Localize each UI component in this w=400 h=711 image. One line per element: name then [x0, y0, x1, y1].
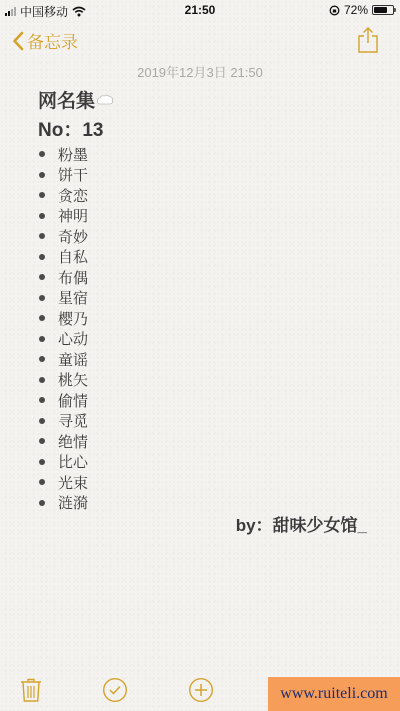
- bullet-icon: [39, 397, 45, 403]
- bullet-icon: [39, 254, 45, 260]
- thought-balloon-icon: [96, 94, 114, 106]
- list-item: 自私: [38, 247, 370, 268]
- nav-bar: 备忘录: [0, 24, 400, 58]
- bullet-icon: [39, 418, 45, 424]
- status-right: 72%: [329, 3, 394, 17]
- item-text: 自私: [58, 246, 88, 267]
- bullet-icon: [39, 356, 45, 362]
- item-text: 绝情: [58, 431, 88, 452]
- note-title: 网名集: [38, 86, 370, 113]
- list-item: 星宿: [38, 288, 370, 309]
- bullet-icon: [39, 295, 45, 301]
- bullet-icon: [39, 377, 45, 383]
- item-text: 光束: [58, 472, 88, 493]
- list-item: 贪恋: [38, 185, 370, 206]
- add-icon[interactable]: [188, 677, 214, 703]
- bullet-icon: [39, 213, 45, 219]
- list-item: 涟漪: [38, 493, 370, 514]
- list-item: 偷情: [38, 390, 370, 411]
- list-item: 神明: [38, 206, 370, 227]
- back-label: 备忘录: [27, 28, 78, 53]
- item-text: 布偶: [58, 267, 88, 288]
- item-text: 寻觅: [58, 410, 88, 431]
- list-item: 心动: [38, 329, 370, 350]
- battery-percent: 72%: [344, 3, 368, 17]
- bullet-icon: [39, 479, 45, 485]
- trash-icon[interactable]: [18, 677, 44, 703]
- list-item: 光束: [38, 472, 370, 493]
- item-text: 樱乃: [58, 308, 88, 329]
- status-bar: 中国移动 21:50 72%: [0, 0, 400, 20]
- item-text: 比心: [58, 451, 88, 472]
- item-text: 桃矢: [58, 369, 88, 390]
- item-text: 星宿: [58, 287, 88, 308]
- checklist-icon[interactable]: [102, 677, 128, 703]
- item-text: 贪恋: [58, 185, 88, 206]
- note-number: No：13: [38, 115, 370, 143]
- bullet-icon: [39, 315, 45, 321]
- name-list: 粉墨 饼干 贪恋 神明 奇妙 自私 布偶 星宿 樱乃 心动 童谣 桃矢 偷情 寻…: [38, 144, 370, 513]
- item-text: 童谣: [58, 349, 88, 370]
- item-text: 饼干: [58, 164, 88, 185]
- list-item: 粉墨: [38, 144, 370, 165]
- list-item: 布偶: [38, 267, 370, 288]
- list-item: 寻觅: [38, 411, 370, 432]
- item-text: 神明: [58, 205, 88, 226]
- bullet-icon: [39, 192, 45, 198]
- bullet-icon: [39, 233, 45, 239]
- item-text: 心动: [58, 328, 88, 349]
- bullet-icon: [39, 438, 45, 444]
- item-text: 涟漪: [58, 492, 88, 513]
- bullet-icon: [39, 459, 45, 465]
- title-text: 网名集: [38, 86, 95, 113]
- list-item: 饼干: [38, 165, 370, 186]
- chevron-left-icon: [12, 31, 24, 51]
- list-item: 绝情: [38, 431, 370, 452]
- watermark: www.ruiteli.com: [268, 677, 400, 711]
- share-icon[interactable]: [356, 26, 380, 54]
- item-text: 粉墨: [58, 144, 88, 165]
- bullet-icon: [39, 500, 45, 506]
- item-text: 偷情: [58, 390, 88, 411]
- note-body[interactable]: 网名集 No：13 粉墨 饼干 贪恋 神明 奇妙 自私 布偶 星宿 樱乃 心动 …: [38, 86, 370, 513]
- list-item: 童谣: [38, 349, 370, 370]
- bullet-icon: [39, 172, 45, 178]
- battery-icon: [372, 5, 394, 15]
- bullet-icon: [39, 151, 45, 157]
- list-item: 樱乃: [38, 308, 370, 329]
- list-item: 比心: [38, 452, 370, 473]
- rotation-lock-icon: [329, 5, 340, 16]
- bullet-icon: [39, 336, 45, 342]
- list-item: 桃矢: [38, 370, 370, 391]
- list-item: 奇妙: [38, 226, 370, 247]
- bottom-toolbar: www.ruiteli.com: [0, 661, 400, 711]
- item-text: 奇妙: [58, 226, 88, 247]
- note-signature: by：甜味少女馆_: [236, 511, 367, 536]
- note-timestamp: 2019年12月3日 21:50: [0, 62, 400, 81]
- back-button[interactable]: 备忘录: [12, 28, 78, 53]
- bullet-icon: [39, 274, 45, 280]
- notes-screen: 中国移动 21:50 72% 备忘录: [0, 0, 400, 711]
